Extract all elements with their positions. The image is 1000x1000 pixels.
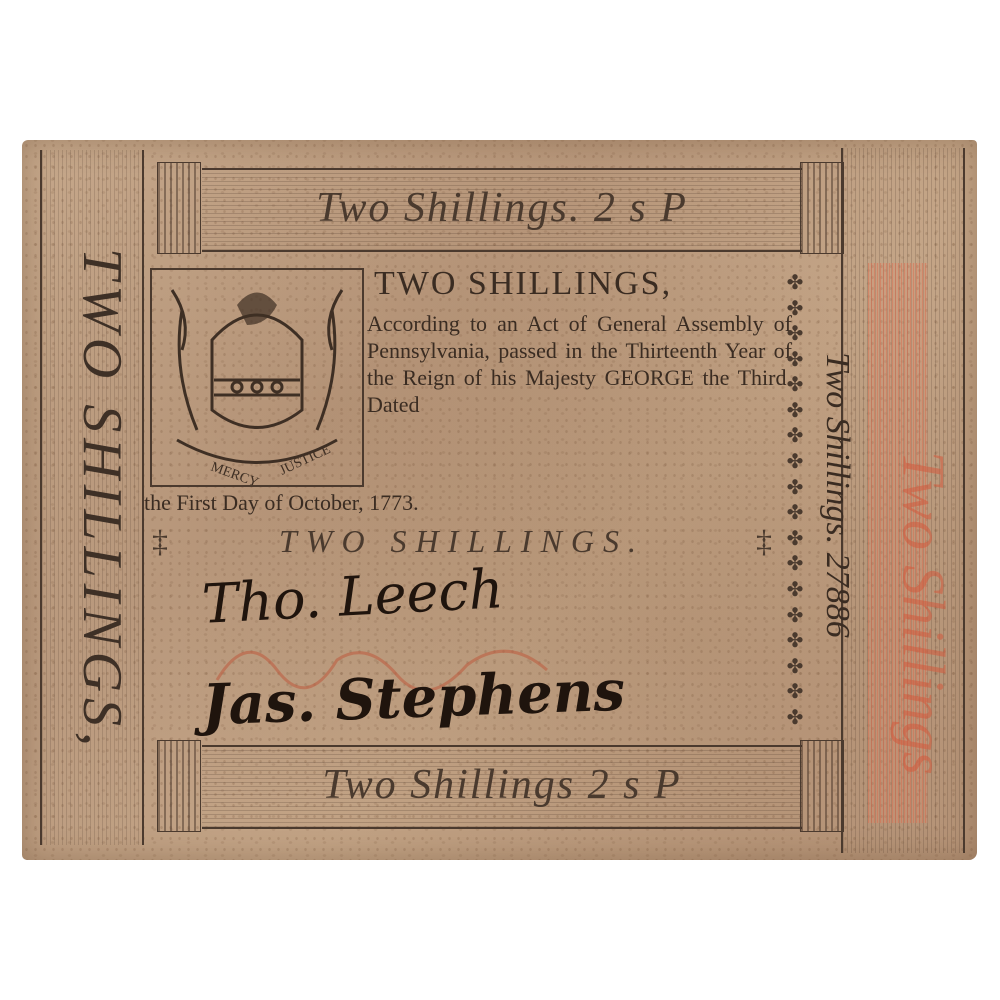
denomination-line-text: TWO SHILLINGS. — [279, 523, 645, 560]
crest-icon: MERCY JUSTICE — [152, 270, 362, 485]
flower-ornament-icon: ✤ — [787, 398, 804, 423]
signature-2: Jas. Stephens — [201, 658, 626, 739]
flower-ornament-icon: ✤ — [787, 577, 804, 602]
left-border: TWO SHILLINGS, — [40, 150, 144, 845]
flower-ornament-icon: ✤ — [787, 321, 804, 346]
bottom-banner-text: Two Shillings 2 s P — [202, 761, 802, 809]
flower-ornament-icon: ✤ — [787, 526, 804, 551]
top-banner: Two Shillings. 2 s P — [202, 168, 802, 252]
flower-ornament-icon: ✤ — [787, 551, 804, 576]
flower-ornament-icon: ✤ — [787, 475, 804, 500]
flower-ornament-icon: ✤ — [787, 603, 804, 628]
date-line: the First Day of October, 1773. — [144, 490, 419, 516]
bottom-banner: Two Shillings 2 s P — [202, 745, 802, 829]
flower-ornament-icon: ✤ — [787, 705, 804, 730]
flower-ornament-icon: ✤ — [787, 628, 804, 653]
flower-ornament-icon: ✤ — [787, 372, 804, 397]
crest-motto-right: JUSTICE — [277, 442, 333, 479]
right-border: Two Shillings — [841, 148, 965, 853]
left-border-text: TWO SHILLINGS, — [70, 248, 134, 752]
flower-ornament-icon: ✤ — [787, 500, 804, 525]
column-ornament — [800, 740, 844, 832]
flower-ornament-icon: ✤ — [787, 423, 804, 448]
serial-number-text: Two Shillings. 27886 — [818, 352, 856, 638]
flower-ornament-icon: ✤ — [787, 347, 804, 372]
act-text: According to an Act of General Assembly … — [367, 310, 792, 418]
column-ornament — [800, 162, 844, 254]
denomination-title: TWO SHILLINGS, — [374, 265, 672, 303]
column-ornament — [157, 740, 201, 832]
ornament-column: ✤ ✤ ✤ ✤ ✤ ✤ ✤ ✤ ✤ ✤ ✤ ✤ ✤ ✤ ✤ ✤ ✤ ✤ — [780, 270, 810, 730]
red-panel-text: Two Shillings — [889, 451, 958, 775]
flower-ornament-icon: ✤ — [787, 679, 804, 704]
flower-ornament-icon: ✤ — [787, 296, 804, 321]
flower-ornament-icon: ✤ — [787, 654, 804, 679]
flower-ornament-icon: ✤ — [787, 270, 804, 295]
coat-of-arms: MERCY JUSTICE — [150, 268, 364, 487]
red-ink-panel: Two Shillings — [868, 263, 928, 823]
top-banner-text: Two Shillings. 2 s P — [202, 184, 802, 232]
column-ornament — [157, 162, 201, 254]
flower-ornament-icon: ✤ — [787, 449, 804, 474]
denomination-line: ‡ TWO SHILLINGS. ‡ — [152, 523, 772, 560]
dagger-icon: ‡ — [756, 523, 772, 560]
dagger-icon: ‡ — [152, 523, 168, 560]
banknote: TWO SHILLINGS, Two Shillings Two Shillin… — [22, 140, 977, 860]
